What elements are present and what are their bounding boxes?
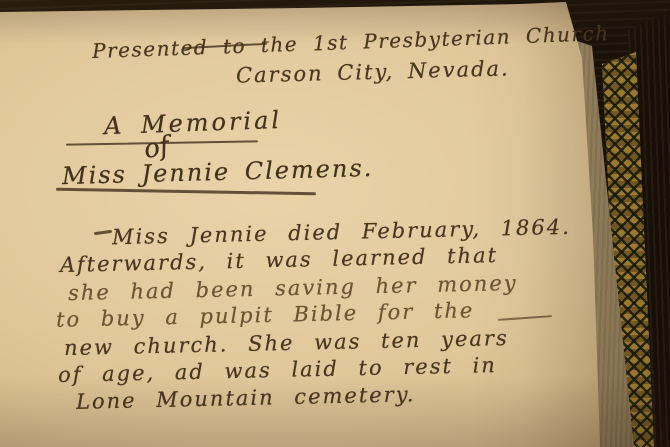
handwritten-inscription: Presented to the 1st Presbyterian Church… [0,0,670,447]
photo-of-memorial-book-page: Presented to the 1st Presbyterian Church… [0,0,670,447]
underline-stroke [56,188,316,195]
memorial-name: Miss Jennie Clemens. [62,154,374,190]
body-line: Lone Mountain cemetery. [76,382,416,414]
pen-stroke [94,230,112,235]
pen-stroke [498,315,552,321]
body-line: Miss Jennie died February, 1864. [112,215,571,249]
presentation-city-line: Carson City, Nevada. [236,56,510,87]
memorial-title: A Memorial [104,106,283,140]
presentation-line: Presented to the 1st Presbyterian Church [92,21,610,63]
